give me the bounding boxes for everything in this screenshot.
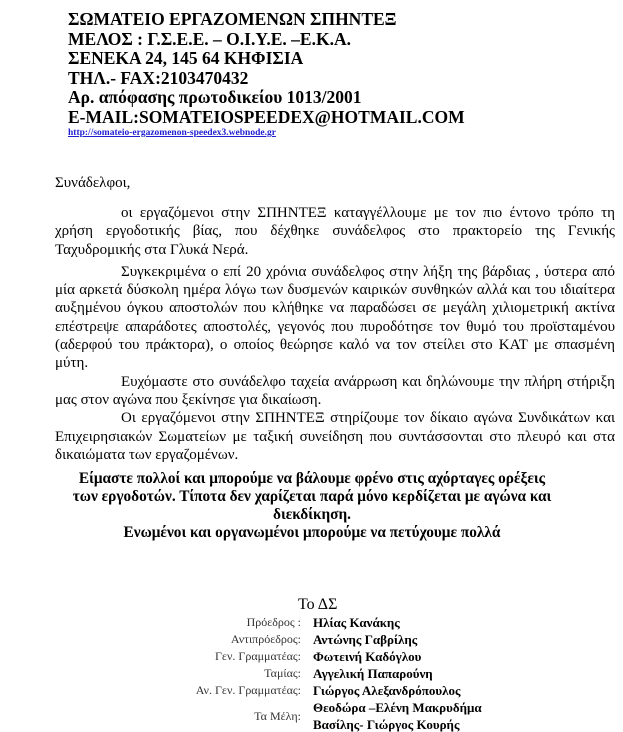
board-member: Πρόεδρος : Ηλίας Κανάκης <box>180 614 482 631</box>
member-role: Αντιπρόεδρος: <box>180 632 313 647</box>
board-member: Αντιπρόεδρος: Αντώνης Γαβρίλης <box>180 631 482 648</box>
document-page: ΣΩΜΑΤΕΙΟ ΕΡΓΑΖΟΜΕΝΩΝ ΣΠΗΝΤΕΞ ΜΕΛΟΣ : Γ.Σ… <box>0 0 623 732</box>
board-member: Γεν. Γραμματέας: Φωτεινή Καδόγλου <box>180 648 482 665</box>
letterhead: ΣΩΜΑΤΕΙΟ ΕΡΓΑΖΟΜΕΝΩΝ ΣΠΗΝΤΕΞ ΜΕΛΟΣ : Γ.Σ… <box>68 10 465 140</box>
court-decision-line: Αρ. απόφασης πρωτοδικείου 1013/2001 <box>68 88 465 108</box>
paragraph: Οι εργαζόμενοι στην ΣΠΗΝΤΕΞ στηρίζουμε τ… <box>55 409 615 464</box>
board-member: Τα Μέλη: Θεοδώρα –Ελένη Μακρυδήμα Βασίλη… <box>180 699 482 732</box>
address-line: ΣΕΝΕΚΑ 24, 145 64 ΚΗΦΙΣΙΑ <box>68 49 465 69</box>
closing-line: Είμαστε πολλοί και μπορούμε να βάλουμε φ… <box>62 470 562 488</box>
member-role: Αν. Γεν. Γραμματέας: <box>180 683 313 698</box>
board-member: Αν. Γεν. Γραμματέας: Γιώργος Αλεξανδρόπο… <box>180 682 482 699</box>
member-name: Αγγελική Παπαρούνη <box>313 665 433 682</box>
greeting: Συνάδελφοι, <box>55 175 130 192</box>
member-names: Θεοδώρα –Ελένη Μακρυδήμα Βασίλης- Γιώργο… <box>313 699 482 732</box>
paragraph: Συγκεκριμένα ο επί 20 χρόνια συνάδελφος … <box>55 263 615 373</box>
board-title: Το ΔΣ <box>298 596 337 614</box>
member-name: Φωτεινή Καδόγλου <box>313 648 421 665</box>
closing-line: διεκδίκηση. <box>62 506 562 524</box>
board-signatures: Πρόεδρος : Ηλίας Κανάκης Αντιπρόεδρος: Α… <box>180 614 482 732</box>
paragraph: Ευχόμαστε στο συνάδελφο ταχεία ανάρρωση … <box>55 373 615 410</box>
membership-line: ΜΕΛΟΣ : Γ.Σ.Ε.Ε. – Ο.Ι.Υ.Ε. –Ε.Κ.Α. <box>68 30 465 50</box>
member-role: Ταμίας: <box>180 666 313 681</box>
board-member: Ταμίας: Αγγελική Παπαρούνη <box>180 665 482 682</box>
email-line: E-MAIL:SOMATEIOSPEEDEX@HOTMAIL.COM <box>68 108 465 128</box>
letter-body: οι εργαζόμενοι στην ΣΠΗΝΤΕΞ καταγγέλλουμ… <box>55 204 615 464</box>
member-role: Πρόεδρος : <box>180 615 313 630</box>
phone-fax-line: ΤΗΛ.- FAX:2103470432 <box>68 69 465 89</box>
member-name: Βασίλης- Γιώργος Κουρής <box>313 716 482 732</box>
member-name: Αντώνης Γαβρίλης <box>313 631 417 648</box>
website-link[interactable]: http://somateio-ergazomenon-speedex3.web… <box>68 127 465 140</box>
member-name: Ηλίας Κανάκης <box>313 614 400 631</box>
paragraph: οι εργαζόμενοι στην ΣΠΗΝΤΕΞ καταγγέλλουμ… <box>55 204 615 259</box>
union-name: ΣΩΜΑΤΕΙΟ ΕΡΓΑΖΟΜΕΝΩΝ ΣΠΗΝΤΕΞ <box>68 10 465 30</box>
closing-statement: Είμαστε πολλοί και μπορούμε να βάλουμε φ… <box>62 470 562 542</box>
closing-line: Ενωμένοι και οργανωμένοι μπορούμε να πετ… <box>62 524 562 542</box>
member-role: Γεν. Γραμματέας: <box>180 649 313 664</box>
member-name: Γιώργος Αλεξανδρόπουλος <box>313 682 461 699</box>
member-name: Θεοδώρα –Ελένη Μακρυδήμα <box>313 699 482 716</box>
member-role: Τα Μέλη: <box>180 709 313 724</box>
closing-line: των εργοδοτών. Τίποτα δεν χαρίζεται παρά… <box>62 488 562 506</box>
